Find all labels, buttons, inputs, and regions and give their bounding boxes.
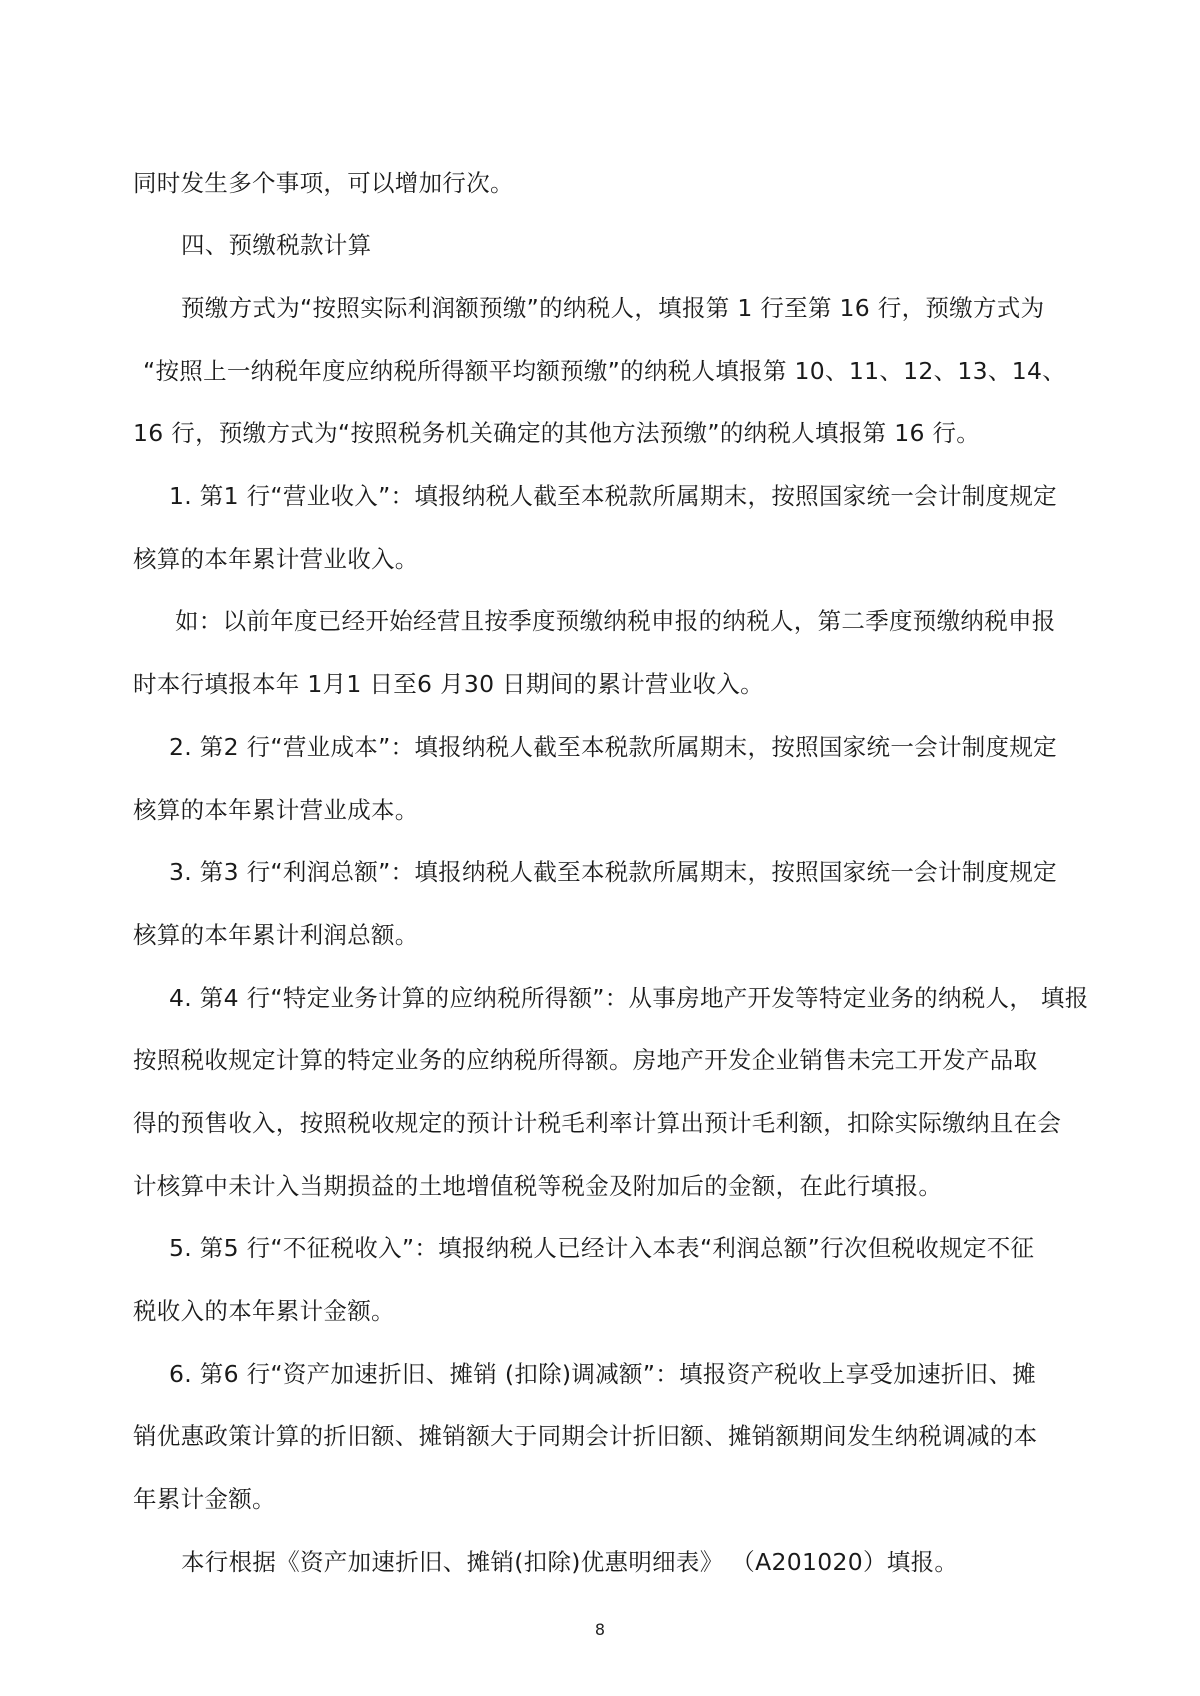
paragraph-line: 如：以前年度已经开始经营且按季度预缴纳税申报的纳税人，第二季度预缴纳税申报 (175, 606, 1115, 636)
paragraph-line: 四、预缴税款计算 (181, 230, 1121, 260)
paragraph-line: “按照上一纳税年度应纳税所得额平均额预缴”的纳税人填报第 10、11、12、13… (143, 356, 1083, 386)
paragraph-line: 核算的本年累计利润总额。 (133, 920, 1073, 950)
paragraph-line: 核算的本年累计营业成本。 (133, 795, 1073, 825)
paragraph-line: 按照税收规定计算的特定业务的应纳税所得额。房地产开发企业销售未完工开发产品取 (133, 1045, 1073, 1075)
paragraph-line: 得的预售收入，按照税收规定的预计计税毛利率计算出预计毛利额，扣除实际缴纳且在会 (133, 1108, 1073, 1138)
paragraph-line: 核算的本年累计营业收入。 (133, 544, 1073, 574)
paragraph-line: 计核算中未计入当期损益的土地增值税等税金及附加后的金额，在此行填报。 (133, 1171, 1073, 1201)
paragraph-line: 本行根据《资产加速折旧、摊销(扣除)优惠明细表》 （A201020）填报。 (181, 1547, 1121, 1577)
paragraph-line: 2. 第2 行“营业成本”：填报纳税人截至本税款所属期末，按照国家统一会计制度规… (169, 732, 1109, 762)
page-number: 8 (0, 1620, 1200, 1639)
paragraph-line: 同时发生多个事项，可以增加行次。 (133, 168, 1073, 198)
paragraph-line: 税收入的本年累计金额。 (133, 1296, 1073, 1326)
paragraph-line: 6. 第6 行“资产加速折旧、摊销 (扣除)调减额”：填报资产税收上享受加速折旧… (169, 1359, 1109, 1389)
paragraph-line: 16 行，预缴方式为“按照税务机关确定的其他方法预缴”的纳税人填报第 16 行。 (133, 418, 1073, 448)
paragraph-line: 1. 第1 行“营业收入”：填报纳税人截至本税款所属期末，按照国家统一会计制度规… (169, 481, 1109, 511)
paragraph-line: 3. 第3 行“利润总额”：填报纳税人截至本税款所属期末，按照国家统一会计制度规… (169, 857, 1109, 887)
paragraph-line: 年累计金额。 (133, 1484, 1073, 1514)
paragraph-line: 4. 第4 行“特定业务计算的应纳税所得额”：从事房地产开发等特定业务的纳税人，… (169, 983, 1109, 1013)
paragraph-line: 时本行填报本年 1月1 日至6 月30 日期间的累计营业收入。 (133, 669, 1073, 699)
paragraph-line: 预缴方式为“按照实际利润额预缴”的纳税人，填报第 1 行至第 16 行，预缴方式… (181, 293, 1121, 323)
paragraph-line: 5. 第5 行“不征税收入”：填报纳税人已经计入本表“利润总额”行次但税收规定不… (169, 1233, 1109, 1263)
paragraph-line: 销优惠政策计算的折旧额、摊销额大于同期会计折旧额、摊销额期间发生纳税调减的本 (133, 1421, 1073, 1451)
document-page: 同时发生多个事项，可以增加行次。四、预缴税款计算预缴方式为“按照实际利润额预缴”… (0, 0, 1200, 1696)
